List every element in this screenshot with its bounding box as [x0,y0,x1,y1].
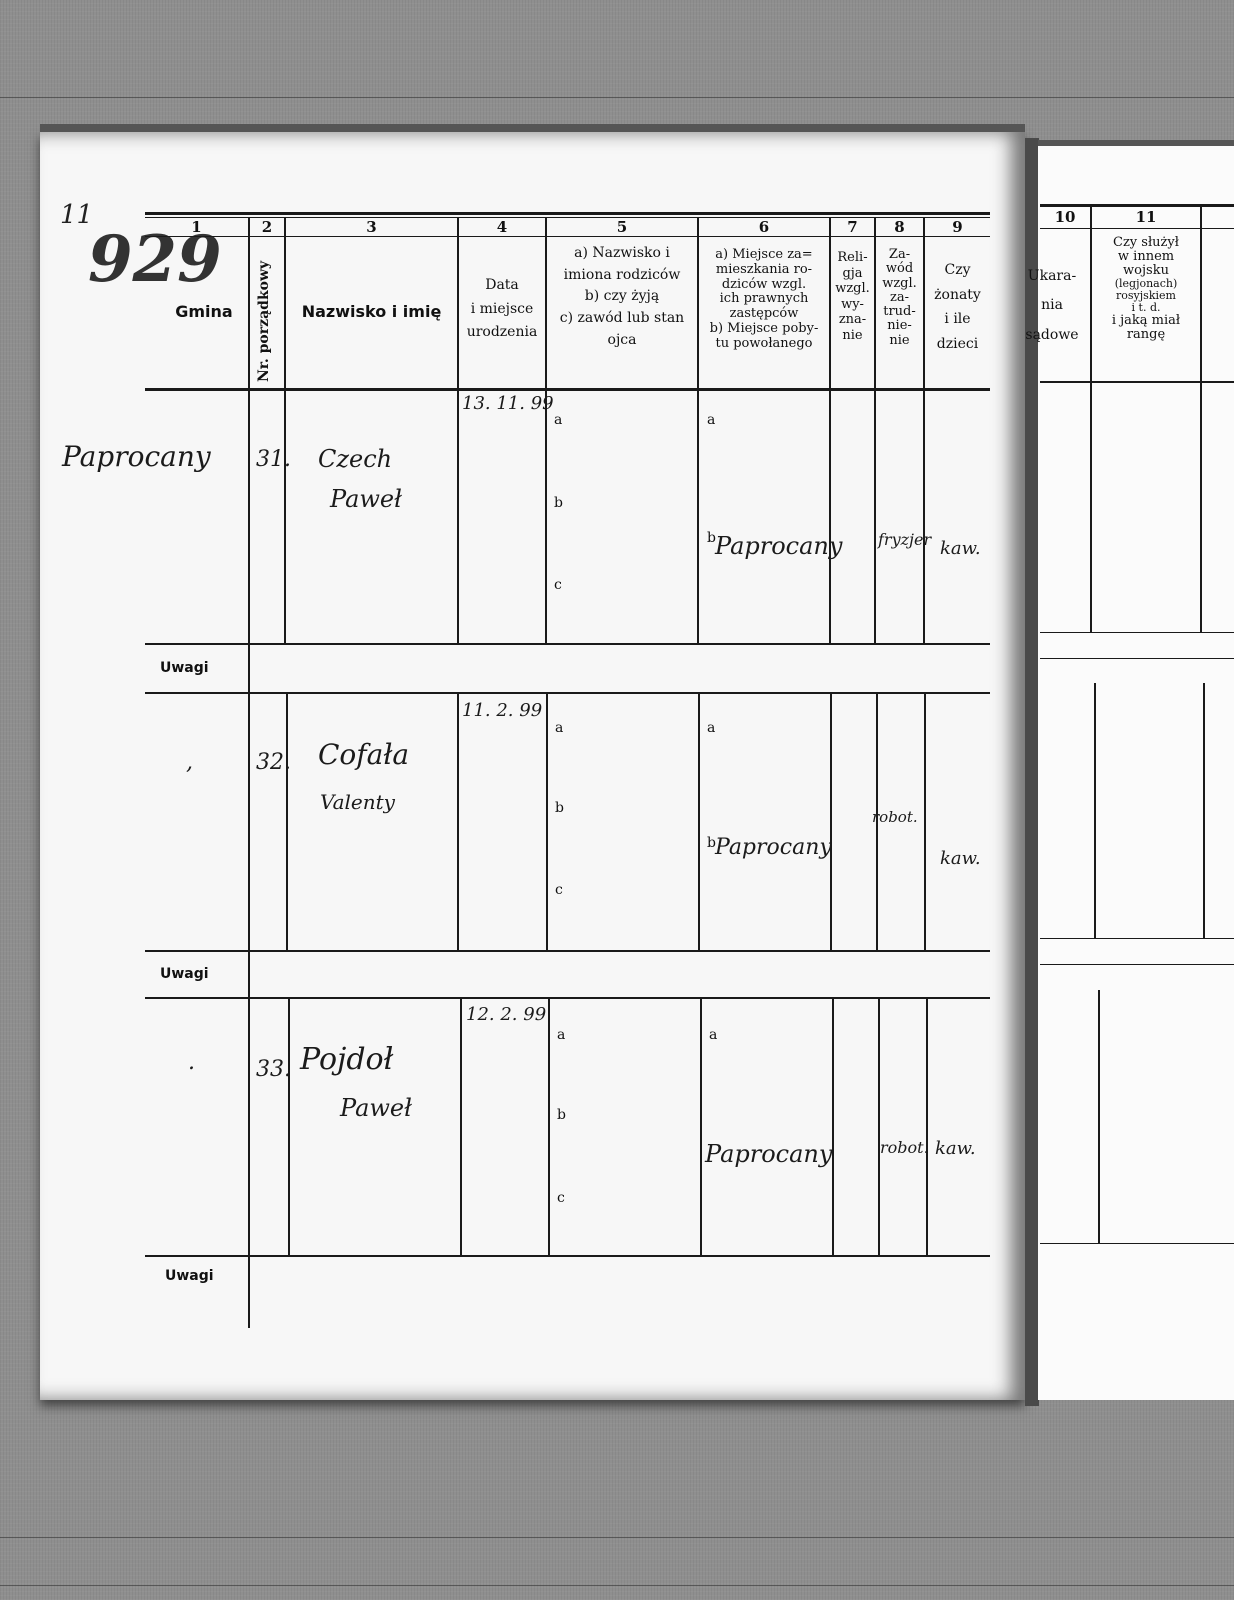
column-number: 10 [1040,208,1090,226]
header-line: wojsku [1092,264,1200,278]
header-line: b) czy żyją [547,286,697,308]
header-line: wzgl. [876,277,923,291]
col-2-divider [286,694,288,950]
col-10-divider [1094,683,1096,938]
sublabel-a: a [557,1027,565,1043]
header-line: zastępców [699,307,829,322]
row-1-bottom-rule [145,643,990,645]
entry-gmina-ditto: . [188,1050,195,1075]
col-1-divider [248,218,250,1328]
col-8-divider [924,694,926,950]
header-line: i miejsce [459,302,545,318]
header-birth: Data i miejsce urodzenia [459,278,545,341]
header-line: ich prawnych [699,292,829,307]
right-row-2-bottom [1040,938,1234,939]
header-residence: a) Miejsce za= mieszkania ro- dziców wzg… [699,248,829,352]
sublabel-a: a [554,412,562,428]
column-number: 3 [286,218,457,236]
column-number: 5 [547,218,697,236]
col-8-divider [926,999,928,1255]
header-line: nia [1012,291,1092,320]
sublabel-b: b [554,495,563,511]
header-line: trud- [876,305,923,319]
col-7-divider [878,999,880,1255]
header-line: Reli- [831,250,874,266]
column-number: 8 [876,218,923,236]
header-line: nie- [876,319,923,333]
header-religion: Reli- gja wzgl. wy- zna- nie [831,250,874,344]
sublabel-a: a [709,1027,717,1043]
header-line: za- [876,291,923,305]
header-line: Ukara- [1012,262,1092,291]
entry-gmina-ditto: , [186,750,193,775]
col-6-divider [832,999,834,1255]
header-married: Czy żonaty i ile dzieci [925,258,990,356]
right-remarks-1-bottom [1040,658,1234,659]
right-remarks-2-bottom [1040,964,1234,965]
col-4-divider [548,999,550,1255]
right-header-bottom-rule [1040,381,1234,383]
header-line: sądowe [1012,321,1092,350]
column-number: 2 [250,218,284,236]
header-line: a) Miejsce za= [699,248,829,263]
header-line: nie [831,328,874,344]
header-convictions: Ukara- nia sądowe [1012,262,1092,350]
header-line: ojca [547,330,697,352]
entry-surname: Pojdoł [300,1042,393,1077]
entry-given-name: Paweł [340,1094,412,1122]
entry-birth-date: 12. 2. 99 [466,1004,546,1025]
sublabel-a: a [555,720,563,736]
entry-residence: Paprocany [705,1140,832,1168]
header-line: b) Miejsce poby- [699,322,829,337]
col-5-divider [698,694,700,950]
sublabel-b: b [557,1107,566,1123]
header-line: urodzenia [459,325,545,341]
col-3-divider [457,694,459,950]
header-line: rangę [1092,328,1200,342]
header-number-rule [145,236,990,237]
header-line: nie [876,334,923,348]
remarks-label: Uwagi [165,1268,214,1284]
remarks-label: Uwagi [160,966,209,982]
header-line: zna- [831,312,874,328]
column-number: 11 [1092,208,1200,226]
header-military-service: Czy służył w innem wojsku (legjonach) ro… [1092,236,1200,342]
header-line: dziców wzgl. [699,278,829,293]
header-line: żonaty [925,283,990,308]
entry-surname: Cofała [318,738,409,771]
entry-residence: Paprocany [715,835,832,860]
sublabel-b: b [555,800,564,816]
column-number: 1 [145,218,248,236]
column-number: 7 [831,218,874,236]
entry-number: 32. [256,750,291,775]
entry-occupation: robot. [880,1138,929,1157]
header-line: c) zawód lub stan [547,308,697,330]
column-number: 6 [699,218,829,236]
entry-residence: Paprocany [715,532,842,560]
right-header-top-rule [1040,204,1234,207]
scan-artifact-line [0,1537,1234,1538]
col-2-divider [284,218,286,645]
header-line: wy- [831,297,874,313]
header-line: i jaką miał [1092,314,1200,328]
col-11-divider [1200,207,1202,632]
header-nr-porzadkowy: Nr. porządkowy [256,261,272,382]
entry-marital-status: kaw. [940,848,981,869]
entry-number: 33. [256,1057,291,1082]
col-10-divider [1098,990,1100,1243]
scan-artifact-line [0,1585,1234,1586]
col-11-divider [1203,683,1205,938]
right-row-3-bottom [1040,1243,1234,1244]
header-line: w innem [1092,250,1200,264]
header-line: imiona rodziców [547,265,697,287]
sublabel-c: c [554,577,562,593]
header-line: i ile [925,307,990,332]
right-header-number-rule [1040,228,1234,229]
entry-marital-status: kaw. [935,1138,976,1159]
remarks-1-bottom-rule [145,692,990,694]
header-line: Czy [925,258,990,283]
scan-artifact-line [0,97,1234,98]
header-line: tu powołanego [699,337,829,352]
header-occupation: Za- wód wzgl. za- trud- nie- nie [876,248,923,348]
entry-surname: Czech [318,445,392,473]
header-line: mieszkania ro- [699,263,829,278]
entry-occupation: robot. [872,808,918,826]
column-number: 9 [925,218,990,236]
header-line: Czy służył [1092,236,1200,250]
header-line: Data [459,278,545,294]
header-nazwisko-imie: Nazwisko i imię [286,303,457,321]
entry-given-name: Valenty [320,790,395,814]
header-line: gja [831,266,874,282]
sublabel-a: a [707,720,715,736]
sublabel-c: c [557,1190,565,1206]
col-3-divider [460,999,462,1255]
entry-number: 31. [256,447,291,472]
col-4-divider [546,694,548,950]
row-3-bottom-rule [145,1255,990,1257]
header-line: wzgl. [831,281,874,297]
entry-gmina: Paprocany [62,440,211,473]
entry-marital-status: kaw. [940,538,981,559]
sublabel-a: a [707,412,715,428]
right-row-1-bottom [1040,632,1234,633]
entry-birth-date: 11. 2. 99 [462,700,542,721]
col-2-divider [288,999,290,1255]
entry-given-name: Paweł [330,485,402,513]
header-line: Za- [876,248,923,262]
remarks-label: Uwagi [160,660,209,676]
header-line: dzieci [925,332,990,357]
header-line: i t. d. [1092,302,1200,314]
header-line: wód [876,262,923,276]
col-5-divider [700,999,702,1255]
header-line: a) Nazwisko i [547,243,697,265]
header-gmina: Gmina [160,303,248,321]
row-2-bottom-rule [145,950,990,952]
col-6-divider [830,694,832,950]
remarks-2-bottom-rule [145,997,990,999]
header-parents: a) Nazwisko i imiona rodziców b) czy żyj… [547,243,697,351]
header-top-rule [145,212,990,215]
sublabel-c: c [555,882,563,898]
header-bottom-rule [145,388,990,391]
entry-birth-date: 13. 11. 99 [462,393,554,414]
entry-occupation: fryzjer [878,530,931,549]
column-number: 4 [459,218,545,236]
